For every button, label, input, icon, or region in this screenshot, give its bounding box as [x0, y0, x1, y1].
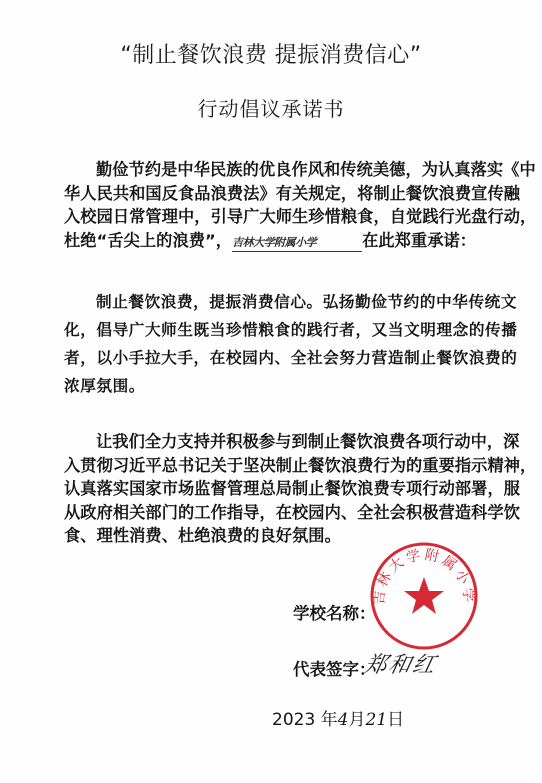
document-date: 2023 年4月21日 — [272, 705, 404, 730]
paragraph-line: 制止餐饮浪费，提振消费信心。弘扬勤俭节约的中华传统文 — [64, 288, 478, 316]
star-icon — [404, 577, 444, 614]
paragraph-line: 浓厚氛围。 — [64, 372, 478, 400]
paragraph-line: 让我们全力支持并积极参与到制止餐饮浪费各项行动中，深 — [64, 430, 478, 454]
date-month-unit: 月 — [349, 710, 366, 730]
paragraph-line: 华人民共和国反食品浪费法》有关规定，将制止餐饮浪费宣传融 — [64, 182, 478, 206]
paragraph-3: 让我们全力支持并积极参与到制止餐饮浪费各项行动中，深 入贯彻习近平总书记关于坚决… — [64, 430, 478, 548]
handwritten-school-name: 吉林大学附属小学 — [232, 235, 362, 252]
handwritten-signature: 郑和红 — [362, 648, 441, 679]
paragraph-2: 制止餐饮浪费，提振消费信心。弘扬勤俭节约的中华传统文 化，倡导广大师生既当珍惜粮… — [64, 288, 478, 400]
document-title: “制止餐饮浪费 提振消费信心” — [0, 38, 542, 69]
paragraph-line: 从政府相关部门的工作指导，在校园内、全社会积极营造科学饮 — [64, 501, 478, 525]
date-month: 4 — [338, 710, 349, 730]
paragraph-1: 勤俭节约是中华民族的优良作风和传统美德，为认真落实《中 华人民共和国反食品浪费法… — [64, 158, 478, 252]
document-subtitle: 行动倡议承诺书 — [0, 93, 542, 122]
paragraph-line: 化，倡导广大师生既当珍惜粮食的践行者，又当文明理念的传播 — [64, 316, 478, 344]
official-seal: 吉林大学附属小学 — [369, 541, 479, 651]
line-suffix: 在此郑重承诺： — [362, 231, 476, 250]
document-page: “制止餐饮浪费 提振消费信心” 行动倡议承诺书 勤俭节约是中华民族的优良作风和传… — [0, 0, 542, 783]
paragraph-line: 认真落实国家市场监督管理总局制止餐饮浪费专项行动部署，服 — [64, 477, 478, 501]
paragraph-line: 杜绝“舌尖上的浪费”，吉林大学附属小学在此郑重承诺： — [64, 229, 478, 253]
line-prefix: 杜绝“舌尖上的浪费”， — [64, 231, 232, 250]
paragraph-line: 入贯彻习近平总书记关于坚决制止餐饮浪费行为的重要指示精神， — [64, 454, 478, 478]
date-year: 2023 年 — [272, 710, 338, 730]
school-name-label: 学校名称： — [293, 600, 376, 624]
paragraph-line: 者，以小手拉大手，在校园内、全社会努力营造制止餐饮浪费的 — [64, 344, 478, 372]
paragraph-line: 入校园日常管理中，引导广大师生珍惜粮食，自觉践行光盘行动， — [64, 205, 478, 229]
paragraph-line: 勤俭节约是中华民族的优良作风和传统美德，为认真落实《中 — [64, 158, 478, 182]
date-day: 21 — [366, 710, 388, 730]
date-day-unit: 日 — [387, 710, 404, 730]
